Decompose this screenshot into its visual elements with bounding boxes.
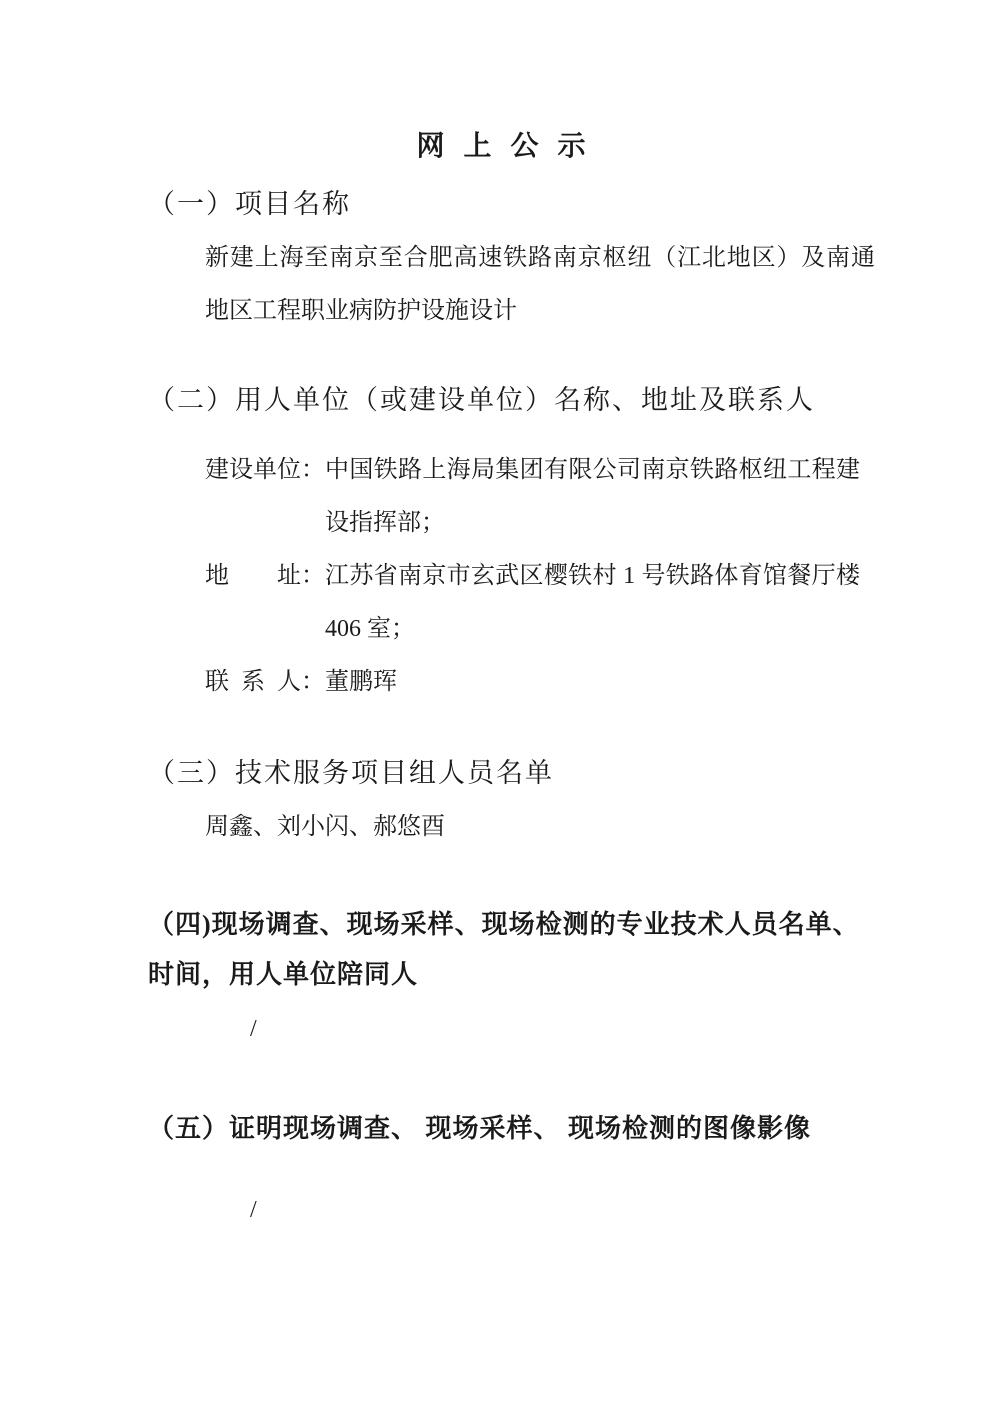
section-4-placeholder-slash: / bbox=[250, 1016, 860, 1043]
section-5-placeholder-slash: / bbox=[250, 1197, 860, 1224]
construction-unit-label: 建设单位 bbox=[205, 444, 301, 550]
info-rows: 建设单位：中国铁路上海局集团有限公司南京铁路枢纽工程建设指挥部； 地址：江苏省南… bbox=[205, 444, 860, 709]
contact-person-label: 联系人 bbox=[205, 656, 301, 709]
info-row-construction-unit: 建设单位：中国铁路上海局集团有限公司南京铁路枢纽工程建设指挥部； bbox=[205, 444, 860, 550]
address-separator: ： bbox=[301, 550, 325, 656]
contact-person-value: 董鹏珲 bbox=[325, 656, 860, 709]
info-row-contact-person: 联系人：董鹏珲 bbox=[205, 656, 860, 709]
section-1-body-project-name: 新建上海至南京至合肥高速铁路南京枢纽（江北地区）及南通地区工程职业病防护设施设计 bbox=[205, 232, 875, 338]
contact-person-separator: ： bbox=[301, 656, 325, 709]
section-2-heading: （二）用人单位（或建设单位）名称、地址及联系人 bbox=[148, 382, 860, 418]
section-4-heading: （四)现场调查、现场采样、现场检测的专业技术人员名单、时间，用人单位陪同人 bbox=[148, 900, 860, 1000]
address-label: 地址 bbox=[205, 550, 301, 656]
section-3-body-personnel-list: 周鑫、刘小闪、郝悠酉 bbox=[205, 801, 860, 854]
address-value: 江苏省南京市玄武区樱铁村 1 号铁路体育馆餐厅楼406 室； bbox=[325, 550, 860, 656]
construction-unit-separator: ： bbox=[301, 444, 325, 550]
section-5-heading: （五）证明现场调查、 现场采样、 现场检测的图像影像 bbox=[148, 1109, 860, 1149]
section-1-heading: （一）项目名称 bbox=[148, 186, 860, 222]
section-3-heading: （三）技术服务项目组人员名单 bbox=[148, 755, 860, 791]
construction-unit-value: 中国铁路上海局集团有限公司南京铁路枢纽工程建设指挥部； bbox=[325, 444, 860, 550]
document-title: 网 上 公 示 bbox=[148, 130, 860, 164]
document-page: 网 上 公 示 （一）项目名称 新建上海至南京至合肥高速铁路南京枢纽（江北地区）… bbox=[0, 0, 1000, 1414]
info-row-address: 地址：江苏省南京市玄武区樱铁村 1 号铁路体育馆餐厅楼406 室； bbox=[205, 550, 860, 656]
